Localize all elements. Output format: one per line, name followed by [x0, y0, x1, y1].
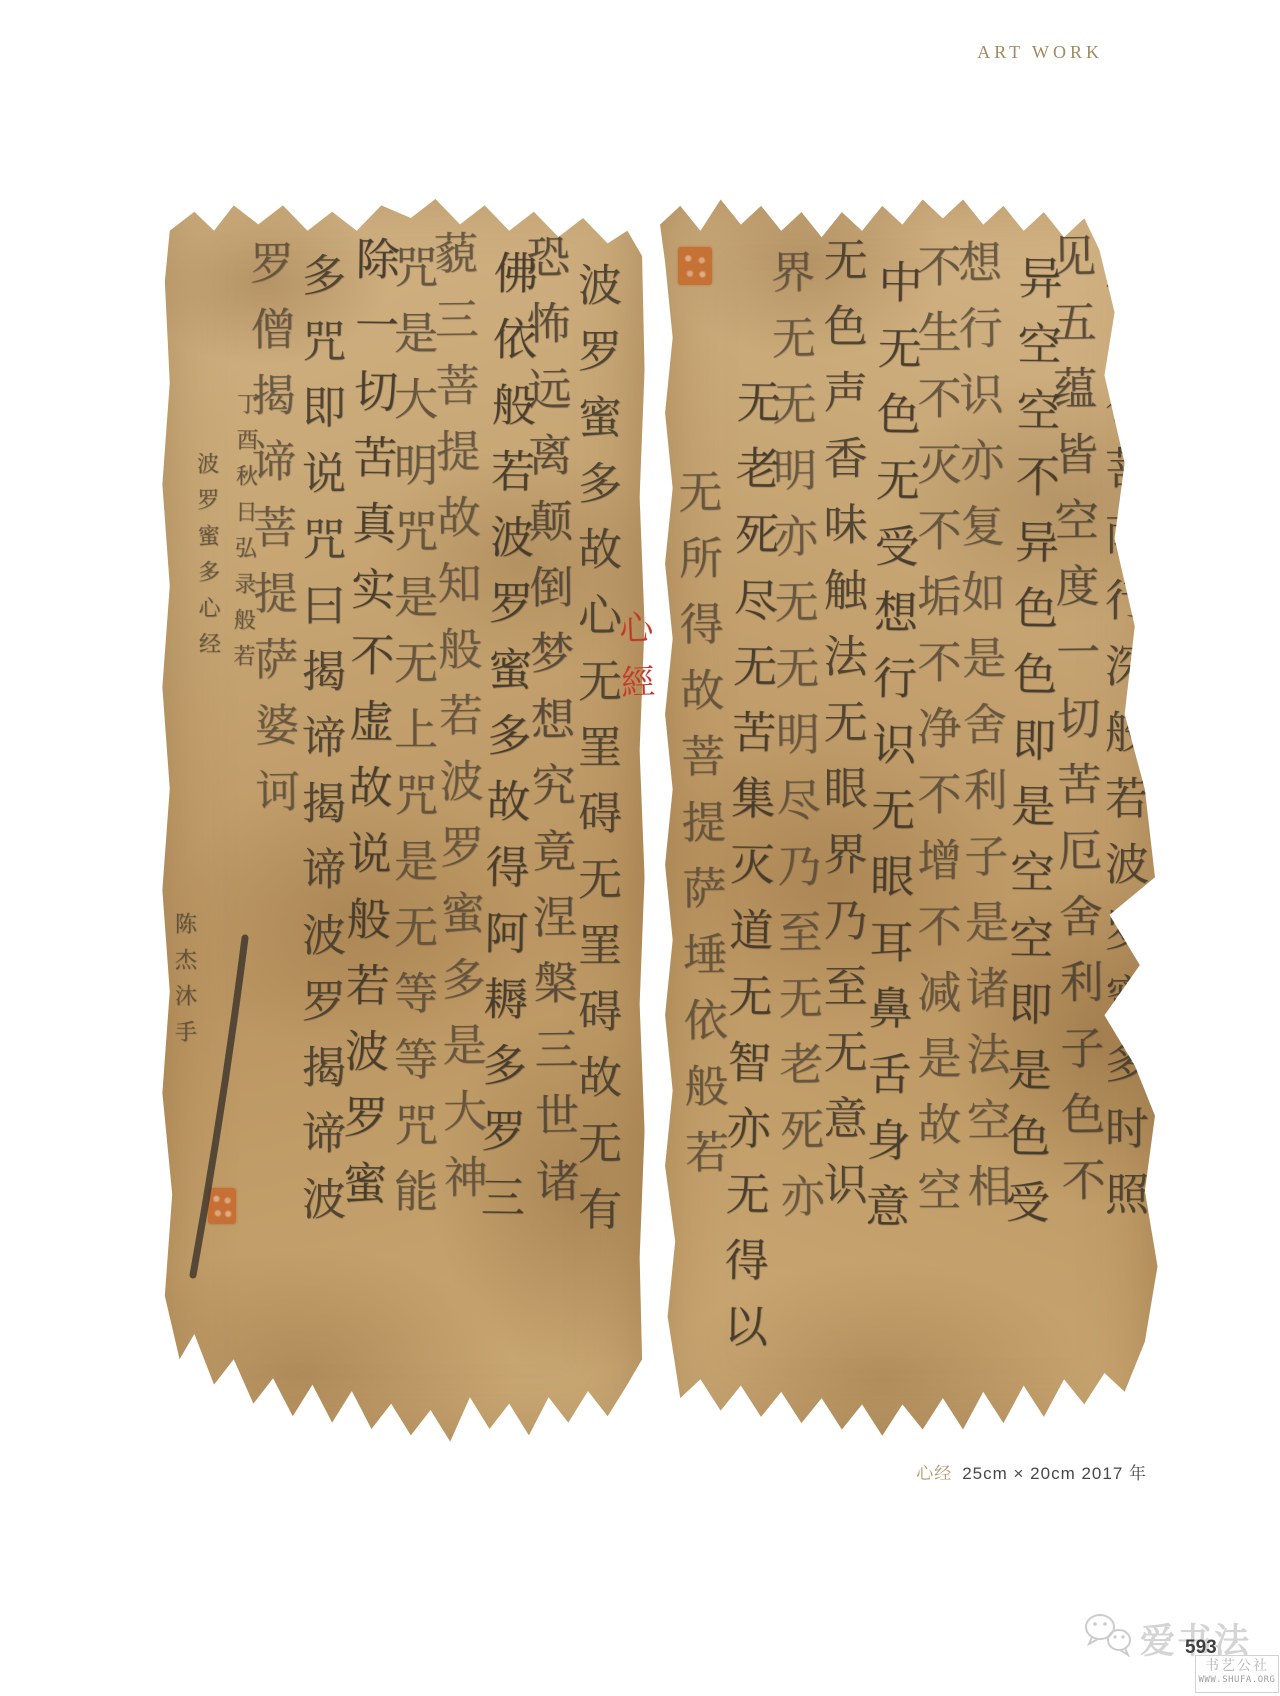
artwork-photo: 波罗蜜多故心无罣碍无罣碍故无有恐怖远离颠倒梦想究竟涅槃三世诸佛依般若波罗蜜多故得…: [155, 175, 1163, 1450]
page-number: 593: [1185, 1637, 1217, 1659]
calligraphy-column: 多咒即说咒曰揭谛揭谛波罗揭谛波: [297, 252, 341, 1418]
wechat-icon: [1082, 1610, 1136, 1662]
watermark-url: WWW.SHUFA.ORG: [1196, 1675, 1278, 1685]
calligraphy-column: 无所得故菩提萨埵依般若: [672, 469, 727, 1412]
caption: 心经25cm × 20cm 2017 年: [916, 1459, 1147, 1484]
page-header-label: ART WORK: [977, 42, 1103, 63]
caption-dimensions: 25cm × 20cm 2017 年: [962, 1464, 1147, 1483]
caption-title: 心经: [916, 1464, 952, 1483]
red-title-inscription: 心經: [608, 609, 661, 719]
watermark-title: 书艺公社: [1196, 1658, 1278, 1675]
calligraphy-column: 观自在菩萨行深般若波罗蜜多时照: [1099, 247, 1144, 1412]
calligraphy-column: 波罗蜜多故心无罣碍无罣碍故无有: [573, 262, 617, 1418]
calligraphy-column: 想行识亦复如是舍利子是诸法空相: [952, 239, 1009, 1412]
brush-swash-stroke: [185, 930, 265, 1290]
calligraphy-sheet-left: 波罗蜜多故心无罣碍无罣碍故无有恐怖远离颠倒梦想究竟涅槃三世诸佛依般若波罗蜜多故得…: [155, 180, 647, 1448]
right-sheet-columns: 观自在菩萨行深般若波罗蜜多时照见五蕴皆空度一切苦厄舍利子色不异空空不异色色即是空…: [677, 229, 1144, 1412]
artist-seal-upper: [678, 247, 712, 285]
watermark-badge: 书艺公社 WWW.SHUFA.ORG: [1195, 1655, 1279, 1693]
magazine-page: ART WORK 波罗蜜多故心无罣碍无罣碍故无有恐怖远离颠倒梦想究竟涅槃三世诸佛…: [0, 0, 1280, 1696]
calligraphy-column: 无色声香味触法无眼界乃至无意识: [818, 237, 863, 1412]
calligraphy-sheet-right: 观自在菩萨行深般若波罗蜜多时照见五蕴皆空度一切苦厄舍利子色不异空空不异色色即是空…: [655, 187, 1160, 1442]
calligraphy-column: 藐三菩提故知般若波罗蜜多是大神: [429, 230, 485, 1418]
